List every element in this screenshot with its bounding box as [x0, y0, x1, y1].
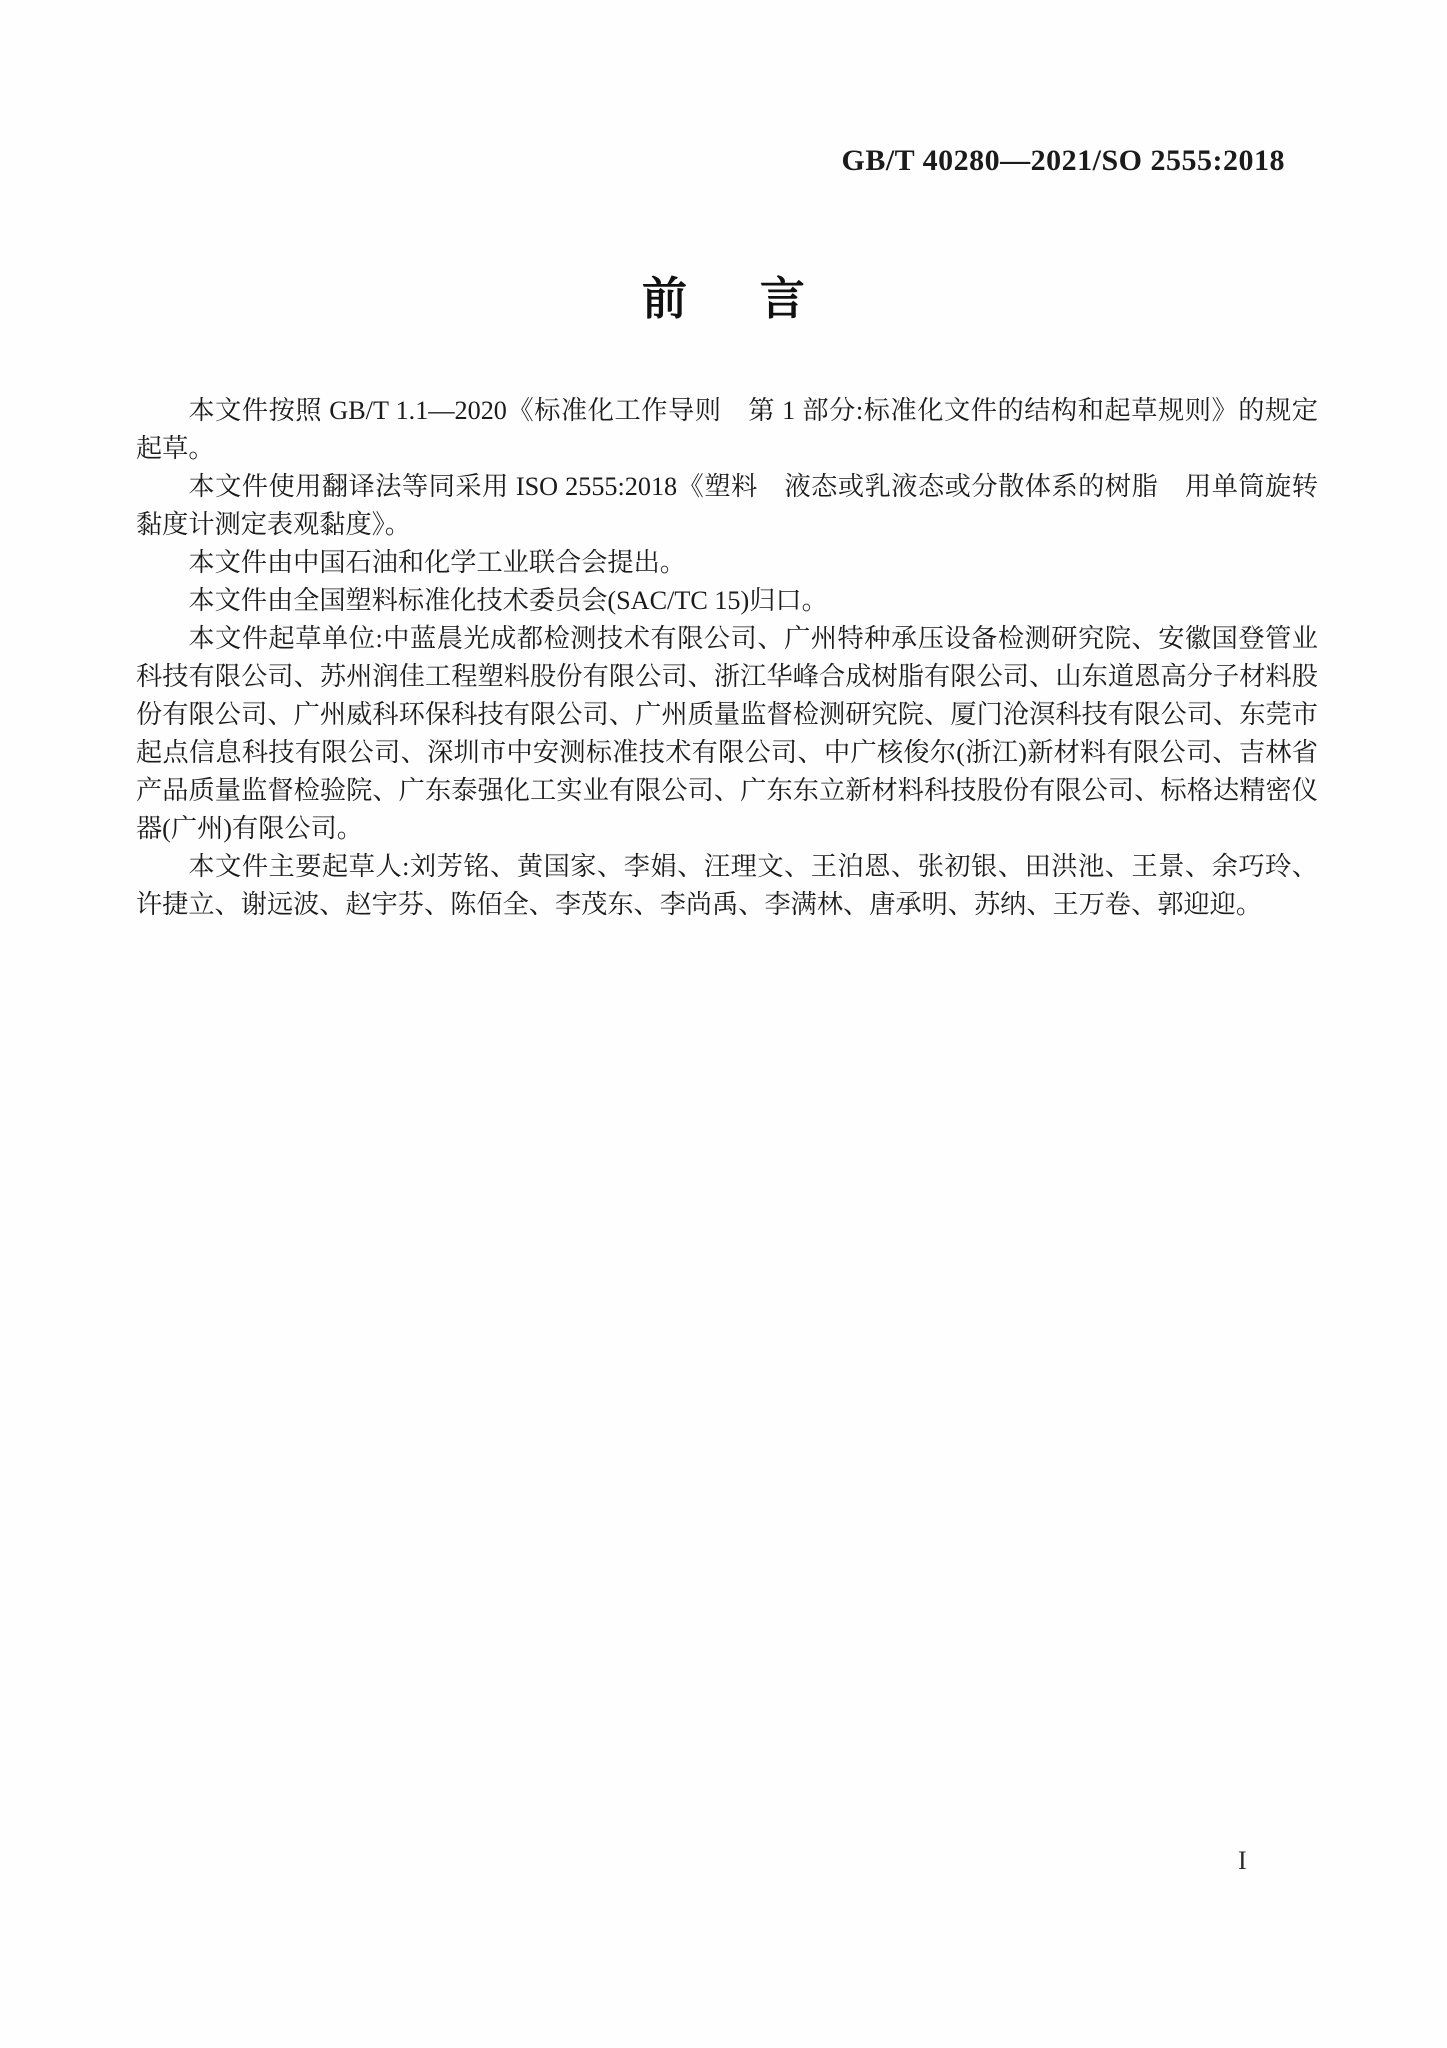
- foreword-paragraph-committee: 本文件由全国塑料标准化技术委员会(SAC/TC 15)归口。: [136, 582, 1318, 620]
- page-header: GB/T 40280—2021/SO 2555:2018: [0, 144, 1285, 178]
- foreword-body: 本文件按照 GB/T 1.1—2020《标准化工作导则 第 1 部分:标准化文件…: [136, 392, 1318, 924]
- foreword-paragraph-drafting-organizations: 本文件起草单位:中蓝晨光成都检测技术有限公司、广州特种承压设备检测研究院、安徽国…: [136, 620, 1318, 848]
- foreword-paragraph-drafters: 本文件主要起草人:刘芳铭、黄国家、李娟、汪理文、王泊恩、张初银、田洪池、王景、余…: [136, 848, 1318, 924]
- foreword-paragraph-translation: 本文件使用翻译法等同采用 ISO 2555:2018《塑料 液态或乳液态或分散体…: [136, 468, 1318, 544]
- document-page: GB/T 40280—2021/SO 2555:2018 前 言 本文件按照 G…: [0, 0, 1447, 2048]
- page-number: I: [1238, 1846, 1247, 1875]
- foreword-paragraph-basis: 本文件按照 GB/T 1.1—2020《标准化工作导则 第 1 部分:标准化文件…: [136, 392, 1318, 468]
- page-footer: I: [1238, 1846, 1247, 1876]
- foreword-paragraph-proposer: 本文件由中国石油和化学工业联合会提出。: [136, 544, 1318, 582]
- page-title: 前 言: [0, 262, 1447, 327]
- standard-number: GB/T 40280—2021/SO 2555:2018: [842, 144, 1286, 177]
